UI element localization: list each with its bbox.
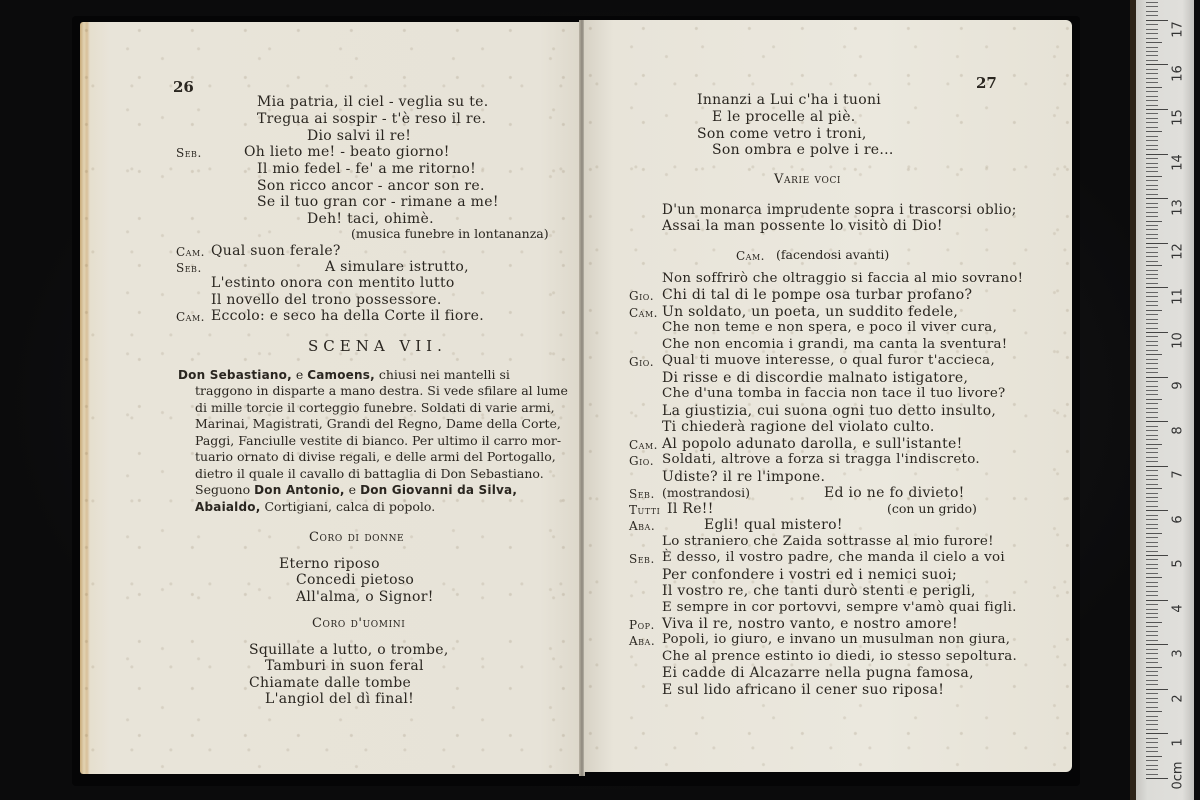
ruler-tick: [1146, 20, 1168, 21]
ruler-tick: [1146, 296, 1158, 297]
ruler-tick: [1146, 60, 1158, 61]
ruler-tick: [1146, 171, 1158, 172]
verse-line: È desso, il vostro padre, che manda il c…: [662, 550, 1005, 566]
ruler-tick: [1146, 658, 1158, 659]
ruler-tick: [1146, 564, 1158, 565]
ruler-tick: [1146, 100, 1158, 101]
verse-line: E sul lido africano il cener suo riposa!: [662, 682, 944, 698]
ruler-tick: [1146, 542, 1158, 543]
ruler-tick: [1146, 595, 1158, 596]
character-name: Don Giovanni da Silva,: [360, 483, 517, 497]
ruler-tick: [1146, 778, 1168, 779]
ruler-tick: [1146, 225, 1158, 226]
ruler-tick: [1146, 537, 1158, 538]
ruler-tick: [1146, 301, 1158, 302]
verse-line: Popoli, io giuro, e invano un musulman n…: [662, 632, 1010, 648]
ruler-tick: [1146, 131, 1162, 132]
ruler-tick: [1146, 381, 1158, 382]
ruler-tick: [1146, 47, 1158, 48]
ruler-tick: [1146, 555, 1168, 556]
ruler-label: 16: [1171, 62, 1186, 86]
verse-line: Son come vetro i troni,: [697, 126, 867, 142]
verse-line: Dio salvi il re!: [307, 128, 411, 144]
ruler-tick: [1146, 145, 1158, 146]
ruler-tick: [1146, 377, 1168, 378]
ruler-tick: [1146, 96, 1158, 97]
ruler-tick: [1146, 323, 1158, 324]
ruler-tick: [1146, 127, 1158, 128]
ruler-tick: [1146, 64, 1168, 65]
stage-direction: (musica funebre in lontananza): [351, 226, 549, 242]
verse-line: Al popolo adunato darolla, e sull'istant…: [662, 436, 963, 452]
page-number: 26: [173, 78, 194, 96]
ruler-tick: [1146, 6, 1158, 7]
ruler-tick: [1146, 158, 1158, 159]
ruler-tick: [1146, 493, 1158, 494]
ruler-tick: [1146, 475, 1158, 476]
verse-line: Eccolo: e seco ha della Corte il fiore.: [211, 308, 484, 324]
ruler-tick: [1146, 617, 1158, 618]
verse-line: Soldati, altrove a forza si tragga l'ind…: [662, 452, 980, 468]
ruler-tick: [1146, 742, 1158, 743]
ruler-label: 7: [1171, 463, 1186, 487]
ruler-tick: [1146, 448, 1158, 449]
verse-line: Il Re!!: [667, 501, 714, 517]
stage-direction-line: dietro il quale il cavallo di battaglia …: [195, 466, 544, 482]
ruler-tick: [1146, 140, 1158, 141]
ruler-tick: [1146, 310, 1162, 311]
ruler-label: 8: [1171, 419, 1186, 443]
ruler-tick: [1146, 363, 1158, 364]
stage-direction-line: Marinai, Magistrati, Grandi del Regno, D…: [195, 416, 561, 432]
speaker-label: Seb.: [629, 551, 655, 567]
ruler-tick: [1146, 278, 1158, 279]
speaker-label: Seb.: [176, 260, 202, 276]
text: Seguono: [195, 482, 254, 497]
ruler-tick: [1146, 221, 1162, 222]
text: e: [292, 367, 307, 382]
verse-line: Che al prence estinto io diedi, io stess…: [662, 649, 1017, 665]
speaker-label: Aba.: [629, 633, 655, 649]
verse-line: Oh lieto me! - beato giorno!: [244, 144, 450, 160]
ruler-tick: [1146, 519, 1158, 520]
ruler-tick: [1146, 751, 1158, 752]
ruler-label: 11: [1171, 285, 1186, 309]
ruler-tick: [1146, 15, 1158, 16]
ruler-tick: [1146, 118, 1158, 119]
ruler-tick: [1146, 185, 1158, 186]
chorus-heading: Coro d'uomini: [312, 616, 405, 632]
speaker-label: Cam.: [629, 437, 658, 453]
ruler-tick: [1146, 470, 1158, 471]
ruler-tick: [1146, 591, 1158, 592]
ruler-tick: [1146, 675, 1158, 676]
ruler-tick: [1146, 194, 1158, 195]
verse-line: Assai la man possente lo visitò di Dio!: [662, 218, 943, 234]
ruler-tick: [1146, 42, 1162, 43]
speaker-label: Aba.: [629, 518, 655, 534]
ruler-tick: [1146, 154, 1168, 155]
verse-line: L'angiol del dì final!: [265, 691, 414, 707]
verse-line: Son ombra e polve i re...: [712, 142, 894, 158]
ruler-label: 3: [1171, 642, 1186, 666]
stage-direction: (facendosi avanti): [776, 247, 889, 263]
ruler-tick: [1146, 426, 1158, 427]
ruler-tick: [1146, 693, 1158, 694]
stage-direction-line: traggono in disparte a mano destra. Si v…: [195, 383, 568, 399]
ruler-tick: [1146, 283, 1158, 284]
ruler-tick: [1146, 760, 1158, 761]
ruler-tick: [1146, 359, 1158, 360]
ruler-tick: [1146, 626, 1158, 627]
ruler-tick: [1146, 167, 1158, 168]
ruler-tick: [1146, 582, 1158, 583]
ruler-tick: [1146, 390, 1158, 391]
ruler-tick: [1146, 69, 1158, 70]
ruler-tick: [1146, 38, 1158, 39]
ruler-tick: [1146, 622, 1162, 623]
ruler-tick: [1146, 149, 1158, 150]
ruler-tick: [1146, 287, 1168, 288]
ruler-tick: [1146, 261, 1158, 262]
ruler-tick: [1146, 644, 1168, 645]
ruler-tick: [1146, 653, 1158, 654]
ruler-tick: [1146, 559, 1158, 560]
verse-line: Mia patria, il ciel - veglia su te.: [257, 94, 489, 110]
ruler-tick: [1146, 684, 1158, 685]
text: Cortigiani, calca di popolo.: [261, 499, 436, 514]
ruler-tick: [1146, 671, 1158, 672]
ruler-tick: [1146, 203, 1158, 204]
ruler-tick: [1146, 720, 1158, 721]
ruler-label: 9: [1171, 374, 1186, 398]
verse-line: Ei cadde di Alcazarre nella pugna famosa…: [662, 665, 974, 681]
character-name: Don Sebastiano,: [178, 368, 292, 382]
speaker-label: Tutti: [629, 502, 660, 518]
left-page: 26 Mia patria, il ciel - veglia su te. T…: [80, 22, 580, 774]
ruler-tick: [1146, 386, 1158, 387]
ruler-tick: [1146, 444, 1162, 445]
verse-line: Che d'una tomba in faccia non tace il tu…: [662, 386, 1006, 402]
ruler-tick: [1146, 82, 1158, 83]
speaker-label: Seb.: [629, 486, 655, 502]
ruler-tick: [1146, 551, 1158, 552]
ruler-tick: [1146, 354, 1162, 355]
ruler-tick: [1146, 412, 1158, 413]
verse-line: Qual suon ferale?: [211, 243, 341, 259]
ruler-tick: [1146, 484, 1158, 485]
verse-line: Innanzi a Lui c'ha i tuoni: [697, 92, 881, 108]
ruler-label: 5: [1171, 552, 1186, 576]
verse-line: E le procelle al piè.: [712, 109, 856, 125]
ruler-tick: [1146, 399, 1162, 400]
ruler-tick: [1146, 109, 1168, 110]
ruler-tick: [1146, 698, 1158, 699]
ruler-tick: [1146, 189, 1158, 190]
ruler-tick: [1146, 55, 1158, 56]
ruler-label: 13: [1171, 196, 1186, 220]
ruler-tick: [1146, 198, 1168, 199]
speaker-label: Seb.: [176, 145, 202, 161]
stage-direction-line: tuario ornato di divise regali, e delle …: [195, 449, 556, 465]
ruler-tick: [1146, 403, 1158, 404]
ruler-tick: [1146, 78, 1158, 79]
ruler-tick: [1146, 452, 1158, 453]
ruler-label: 17: [1171, 18, 1186, 42]
ruler-tick: [1146, 707, 1158, 708]
ruler-tick: [1146, 716, 1158, 717]
verse-line: Il novello del trono possessore.: [211, 292, 442, 308]
ruler-tick: [1146, 667, 1162, 668]
ruler-tick: [1146, 252, 1158, 253]
verse-line: Non soffrirò che oltraggio si faccia al …: [662, 271, 1023, 287]
verse-line: Tregua ai sospir - t'è reso il re.: [257, 111, 486, 127]
ruler-tick: [1146, 747, 1158, 748]
ruler-label: 12: [1171, 240, 1186, 264]
verse-line: Qual ti muove interesse, o qual furor t'…: [662, 353, 995, 369]
ruler-tick: [1146, 314, 1158, 315]
ruler-tick: [1146, 417, 1158, 418]
ruler-tick: [1146, 533, 1162, 534]
ruler-tick: [1146, 573, 1158, 574]
ruler-tick: [1146, 408, 1158, 409]
ruler-tick: [1146, 738, 1158, 739]
verse-line: Ed io ne fo divieto!: [824, 485, 965, 501]
ruler-tick: [1146, 435, 1158, 436]
stage-direction-line: Abaialdo, Cortigiani, calca di popolo.: [195, 499, 435, 515]
ruler-tick: [1146, 24, 1158, 25]
ruler-tick: [1146, 105, 1158, 106]
ruler-tick: [1146, 372, 1158, 373]
ruler-tick: [1146, 702, 1158, 703]
ruler-tick: [1146, 461, 1158, 462]
ruler-tick: [1146, 216, 1158, 217]
ruler-tick: [1146, 510, 1168, 511]
verse-line: Tamburi in suon feral: [265, 658, 424, 674]
ruler-tick: [1146, 180, 1158, 181]
ruler-tick: [1146, 724, 1158, 725]
ruler-tick: [1146, 501, 1158, 502]
ruler-tick: [1146, 113, 1158, 114]
verse-line: La giustizia, cui suona ogni tuo detto i…: [662, 403, 996, 419]
speaker-label: Gio.: [629, 288, 654, 304]
verse-line: Chiamate dalle tombe: [249, 675, 411, 691]
text: chiusi nei mantelli si: [375, 367, 510, 382]
ruler-tick: [1146, 212, 1158, 213]
ruler-tick: [1146, 341, 1158, 342]
ruler-tick: [1146, 270, 1158, 271]
verse-line: Che non encomia i grandi, ma canta la sv…: [662, 337, 1007, 353]
verse-line: Viva il re, nostro vanto, e nostro amore…: [662, 616, 958, 632]
verse-line: All'alma, o Signor!: [296, 589, 434, 605]
ruler-tick: [1146, 640, 1158, 641]
stage-direction-line: Paggi, Fanciulle vestite di bianco. Per …: [195, 433, 561, 449]
ruler-tick: [1146, 91, 1158, 92]
ruler-tick: [1146, 2, 1158, 3]
ruler-tick: [1146, 586, 1158, 587]
ruler-tick: [1146, 689, 1168, 690]
verse-line: Il vostro re, che tanti durò stenti e pe…: [662, 583, 976, 599]
ruler-tick: [1146, 680, 1158, 681]
ruler-tick: [1146, 87, 1162, 88]
stage-direction-line: Don Sebastiano, e Camoens, chiusi nei ma…: [178, 367, 510, 383]
verse-line: Chi di tal di le pompe osa turbar profan…: [662, 287, 972, 303]
verse-line: Concedi pietoso: [296, 572, 414, 588]
ruler-tick: [1146, 613, 1158, 614]
speaker-label: Cam.: [176, 244, 205, 260]
ruler-tick: [1146, 497, 1158, 498]
ruler-tick: [1146, 238, 1158, 239]
ruler-tick: [1146, 394, 1158, 395]
ruler-tick: [1146, 546, 1158, 547]
measurement-ruler: 0cm 1 2 3 4 5 6 7 8 9 10 11 12 13 14 15 …: [1136, 0, 1194, 800]
verse-line: Se il tuo gran cor - rimane a me!: [257, 194, 499, 210]
ruler-tick: [1146, 328, 1158, 329]
ruler-tick: [1146, 466, 1168, 467]
verse-line: Che non teme e non spera, e poco il vive…: [662, 320, 997, 336]
verse-line: Un soldato, un poeta, un suddito fedele,: [662, 304, 958, 320]
ruler-tick: [1146, 769, 1158, 770]
ruler-tick: [1146, 600, 1168, 601]
ruler-tick: [1146, 207, 1158, 208]
ruler-tick: [1146, 256, 1158, 257]
ruler-tick: [1146, 345, 1158, 346]
character-name: Don Antonio,: [254, 483, 345, 497]
stage-direction: (con un grido): [887, 501, 977, 517]
ruler-label: 10: [1171, 329, 1186, 353]
verse-line: L'estinto onora con mentito lutto: [211, 275, 455, 291]
ruler-tick: [1146, 604, 1158, 605]
ruler-tick: [1146, 274, 1158, 275]
stage-direction-line: di mille torcie il corteggio funebre. So…: [195, 400, 555, 416]
verse-line: Eterno riposo: [279, 556, 380, 572]
verse-line: Il mio fedel - fe' a me ritorno!: [257, 161, 476, 177]
speaker-label: Gio.: [629, 354, 654, 370]
section-heading: Varie voci: [774, 172, 841, 188]
verse-line: Son ricco ancor - ancor son re.: [257, 178, 485, 194]
ruler-tick: [1146, 421, 1168, 422]
ruler-tick: [1146, 368, 1158, 369]
right-page: 27 Innanzi a Lui c'ha i tuoni E le proce…: [584, 20, 1072, 772]
stage-direction: (mostrandosi): [662, 485, 750, 501]
verse-line: E sempre in cor portovvi, sempre v'amò q…: [662, 600, 1017, 616]
ruler-tick: [1146, 247, 1158, 248]
ruler-label: 0cm: [1171, 766, 1186, 790]
ruler-tick: [1146, 73, 1158, 74]
ruler-tick: [1146, 457, 1158, 458]
ruler-tick: [1146, 136, 1158, 137]
ruler-tick: [1146, 292, 1158, 293]
page-number: 27: [976, 74, 997, 92]
ruler-label: 4: [1171, 597, 1186, 621]
ruler-tick: [1146, 350, 1158, 351]
verse-line: Deh! taci, ohimè.: [307, 211, 434, 227]
ruler-tick: [1146, 305, 1158, 306]
ruler-tick: [1146, 528, 1158, 529]
verse-line: Egli! qual mistero!: [704, 517, 843, 533]
ruler-label: 6: [1171, 508, 1186, 532]
ruler-tick: [1146, 234, 1158, 235]
ruler-tick: [1146, 11, 1158, 12]
ruler-tick: [1146, 51, 1158, 52]
ruler-tick: [1146, 662, 1158, 663]
character-name: Camoens,: [307, 368, 375, 382]
ruler-tick: [1146, 765, 1158, 766]
verse-line: Ti chiederà ragione del violato culto.: [662, 419, 935, 435]
speaker-label: Cam.: [736, 248, 765, 264]
text: e: [345, 482, 360, 497]
ruler-tick: [1146, 243, 1168, 244]
ruler-tick: [1146, 609, 1158, 610]
ruler-tick: [1146, 577, 1162, 578]
verse-line: D'un monarca imprudente sopra i trascors…: [662, 202, 1017, 218]
ruler-tick: [1146, 479, 1158, 480]
verse-line: Squillate a lutto, o trombe,: [249, 642, 449, 658]
ruler-tick: [1146, 229, 1158, 230]
ruler-tick: [1146, 176, 1162, 177]
chorus-heading: Coro di donne: [309, 530, 404, 546]
verse-line: Udiste? il re l'impone.: [662, 469, 825, 485]
ruler-tick: [1146, 430, 1158, 431]
ruler-tick: [1146, 29, 1158, 30]
stage-direction-line: Seguono Don Antonio, e Don Giovanni da S…: [195, 482, 517, 498]
ruler-tick: [1146, 319, 1158, 320]
ruler-tick: [1146, 332, 1168, 333]
speaker-label: Cam.: [176, 309, 205, 325]
ruler-tick: [1146, 515, 1158, 516]
ruler-tick: [1146, 122, 1158, 123]
speaker-label: Cam.: [629, 305, 658, 321]
ruler-tick: [1146, 774, 1158, 775]
verse-line: Di risse e di discordie malnato istigato…: [662, 370, 968, 386]
ruler-tick: [1146, 265, 1162, 266]
ruler-tick: [1146, 729, 1158, 730]
ruler-tick: [1146, 733, 1168, 734]
ruler-tick: [1146, 524, 1158, 525]
ruler-label: 14: [1171, 151, 1186, 175]
ruler-tick: [1146, 439, 1158, 440]
ruler-tick: [1146, 649, 1158, 650]
ruler-tick: [1146, 635, 1158, 636]
scene-title: SCENA VII.: [308, 337, 447, 355]
ruler-label: 2: [1171, 687, 1186, 711]
verse-line: Lo straniero che Zaida sottrasse al mio …: [662, 534, 994, 550]
ruler-tick: [1146, 33, 1158, 34]
ruler-tick: [1146, 506, 1158, 507]
verse-line: Per confondere i vostri ed i nemici suoi…: [662, 567, 957, 583]
ruler-tick: [1146, 711, 1162, 712]
ruler-tick: [1146, 568, 1158, 569]
ruler-tick: [1146, 488, 1162, 489]
ruler-tick: [1146, 631, 1158, 632]
verse-line: A simulare istrutto,: [325, 259, 469, 275]
ruler-tick: [1146, 336, 1158, 337]
ruler-tick: [1146, 163, 1158, 164]
speaker-label: Gio.: [629, 453, 654, 469]
ruler-label: 15: [1171, 106, 1186, 130]
ruler-label: 1: [1171, 731, 1186, 755]
speaker-label: Pop.: [629, 617, 655, 633]
character-name: Abaialdo,: [195, 500, 261, 514]
ruler-tick: [1146, 756, 1162, 757]
